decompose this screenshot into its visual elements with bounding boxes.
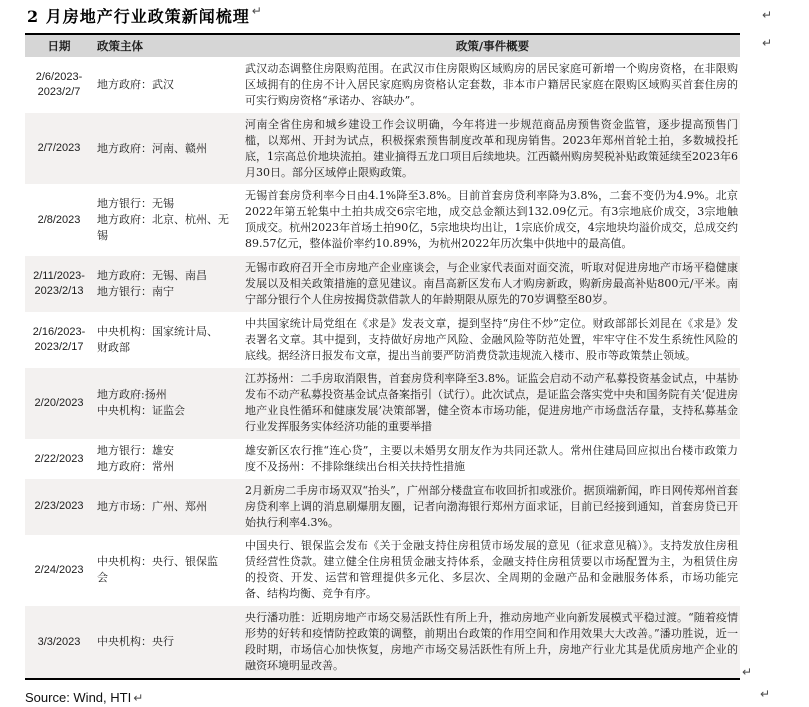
date-line: 2/6/2023- <box>25 70 93 85</box>
subject-line: 地方市场：广州、郑州 <box>97 499 237 515</box>
summary-cell: 雄安新区农行推“连心贷”，主要以未婚男女朋友作为共同还款人。常州住建局回应拟出台… <box>245 443 740 475</box>
table-row: 2/7/2023地方政府：河南、赣州河南全省住房和城乡建设工作会议明确，今年将进… <box>25 113 740 185</box>
subject-line: 地方银行：南宁 <box>97 284 237 300</box>
date-line: 2/16/2023- <box>25 325 93 340</box>
subject-line: 地方银行：无锡 <box>97 196 237 212</box>
subject-line: 地方政府:扬州 <box>97 387 237 403</box>
header-subject: 政策主体 <box>93 35 245 57</box>
paragraph-mark-icon: ↵ <box>760 687 770 701</box>
date-line: 2/20/2023 <box>25 396 93 411</box>
date-cell: 2/24/2023 <box>25 563 93 578</box>
paragraph-mark-icon: ↵ <box>133 691 143 705</box>
date-cell: 2/6/2023-2023/2/7 <box>25 70 93 100</box>
source-text: Source: Wind, HTI <box>25 690 131 705</box>
subject-cell: 地方政府:扬州中央机构：证监会 <box>93 387 245 419</box>
source-note: Source: Wind, HTI ↵ <box>25 690 143 705</box>
date-line: 2/24/2023 <box>25 563 93 578</box>
table-header-row: 日期 政策主体 政策/事件概要 <box>25 35 740 57</box>
summary-cell: 中国央行、银保监会发布《关于金融支持住房租赁市场发展的意见（征求意见稿）》。支持… <box>245 538 740 602</box>
date-cell: 3/3/2023 <box>25 635 93 650</box>
date-line: 2023/2/13 <box>25 284 93 299</box>
subject-line: 地方政府：常州 <box>97 459 237 475</box>
title-block: 2 月房地产行业政策新闻梳理 ↵ <box>27 4 262 30</box>
summary-cell: 中共国家统计局党组在《求是》发表文章，提到坚持“房住不炒”定位。财政部部长刘昆在… <box>245 316 740 364</box>
date-cell: 2/23/2023 <box>25 499 93 514</box>
table-row: 2/23/2023地方市场：广州、郑州2月新房二手房市场双双“抬头”，广州部分楼… <box>25 479 740 535</box>
paragraph-mark-icon: ↵ <box>742 665 752 679</box>
date-cell: 2/7/2023 <box>25 141 93 156</box>
table-row: 2/24/2023中央机构：央行、银保监会中国央行、银保监会发布《关于金融支持住… <box>25 535 740 607</box>
table-row: 2/8/2023地方银行：无锡地方政府：北京、杭州、无锡无锡首套房贷利率今日由4… <box>25 184 740 256</box>
subject-cell: 地方银行：无锡地方政府：北京、杭州、无锡 <box>93 196 245 244</box>
subject-line: 地方政府：河南、赣州 <box>97 141 237 157</box>
subject-cell: 地方政府：武汉 <box>93 77 245 93</box>
table-row: 2/22/2023地方银行：雄安地方政府：常州雄安新区农行推“连心贷”，主要以未… <box>25 439 740 479</box>
paragraph-mark-icon: ↵ <box>762 36 772 50</box>
subject-cell: 地方市场：广州、郑州 <box>93 499 245 515</box>
paragraph-mark-icon: ↵ <box>762 8 772 22</box>
date-line: 2/22/2023 <box>25 452 93 467</box>
date-cell: 2/8/2023 <box>25 213 93 228</box>
date-cell: 2/11/2023-2023/2/13 <box>25 269 93 299</box>
subject-cell: 中央机构：国家统计局、财政部 <box>93 324 245 356</box>
table-row: 2/20/2023地方政府:扬州中央机构：证监会江苏扬州：二手房取消限售，首套房… <box>25 368 740 440</box>
subject-cell: 地方政府：无锡、南昌地方银行：南宁 <box>93 268 245 300</box>
subject-line: 会 <box>97 570 237 586</box>
subject-cell: 中央机构：央行 <box>93 634 245 650</box>
table-row: 3/3/2023中央机构：央行央行潘功胜：近期房地产市场交易活跃性有所上升，推动… <box>25 606 740 678</box>
table-row: 2/16/2023-2023/2/17中央机构：国家统计局、财政部中共国家统计局… <box>25 312 740 368</box>
subject-line: 地方政府：武汉 <box>97 77 237 93</box>
date-line: 2/11/2023- <box>25 269 93 284</box>
date-line: 2023/2/7 <box>25 85 93 100</box>
date-line: 2/7/2023 <box>25 141 93 156</box>
subject-line: 中央机构：证监会 <box>97 403 237 419</box>
date-line: 2/23/2023 <box>25 499 93 514</box>
subject-cell: 地方银行：雄安地方政府：常州 <box>93 443 245 475</box>
subject-cell: 中央机构：央行、银保监会 <box>93 554 245 586</box>
date-cell: 2/20/2023 <box>25 396 93 411</box>
subject-line: 地方政府：北京、杭州、无锡 <box>97 212 237 244</box>
table-row: 2/6/2023-2023/2/7地方政府：武汉武汉动态调整住房限购范围。在武汉… <box>25 57 740 113</box>
document-page: 2 月房地产行业政策新闻梳理 ↵ ↵ ↵ 日期 政策主体 政策/事件概要 2/6… <box>0 0 809 707</box>
date-line: 2/8/2023 <box>25 213 93 228</box>
summary-cell: 无锡市政府召开全市房地产企业座谈会，与企业家代表面对面交流，听取对促进房地产市场… <box>245 260 740 308</box>
subject-cell: 地方政府：河南、赣州 <box>93 141 245 157</box>
subject-line: 财政部 <box>97 340 237 356</box>
subject-line: 中央机构：央行 <box>97 634 237 650</box>
subject-line: 中央机构：央行、银保监 <box>97 554 237 570</box>
date-cell: 2/16/2023-2023/2/17 <box>25 325 93 355</box>
summary-cell: 武汉动态调整住房限购范围。在武汉市住房限购区域购房的居民家庭可新增一个购房资格，… <box>245 61 740 109</box>
policy-news-table: 日期 政策主体 政策/事件概要 2/6/2023-2023/2/7地方政府：武汉… <box>25 33 740 680</box>
summary-cell: 央行潘功胜：近期房地产市场交易活跃性有所上升，推动房地产业向新发展模式平稳过渡。… <box>245 610 740 674</box>
subject-line: 地方政府：无锡、南昌 <box>97 268 237 284</box>
paragraph-mark-icon: ↵ <box>252 4 262 18</box>
date-cell: 2/22/2023 <box>25 452 93 467</box>
table-row: 2/11/2023-2023/2/13地方政府：无锡、南昌地方银行：南宁无锡市政… <box>25 256 740 312</box>
summary-cell: 江苏扬州：二手房取消限售，首套房贷利率降至3.8%。证监会启动不动产私募投资基金… <box>245 371 740 435</box>
summary-cell: 河南全省住房和城乡建设工作会议明确，今年将进一步规范商品房预售资金监管，逐步提高… <box>245 117 740 181</box>
header-date: 日期 <box>25 35 93 57</box>
date-line: 2023/2/17 <box>25 340 93 355</box>
summary-cell: 2月新房二手房市场双双“抬头”，广州部分楼盘宣布收回折扣或涨价。据顶端新闻，昨日… <box>245 483 740 531</box>
summary-cell: 无锡首套房贷利率今日由4.1%降至3.8%。目前首套房贷利率降为3.8%，二套不… <box>245 188 740 252</box>
header-summary: 政策/事件概要 <box>245 35 740 57</box>
subject-line: 地方银行：雄安 <box>97 443 237 459</box>
subject-line: 中央机构：国家统计局、 <box>97 324 237 340</box>
date-line: 3/3/2023 <box>25 635 93 650</box>
table-body: 2/6/2023-2023/2/7地方政府：武汉武汉动态调整住房限购范围。在武汉… <box>25 57 740 678</box>
page-title: 2 月房地产行业政策新闻梳理 <box>27 4 250 30</box>
